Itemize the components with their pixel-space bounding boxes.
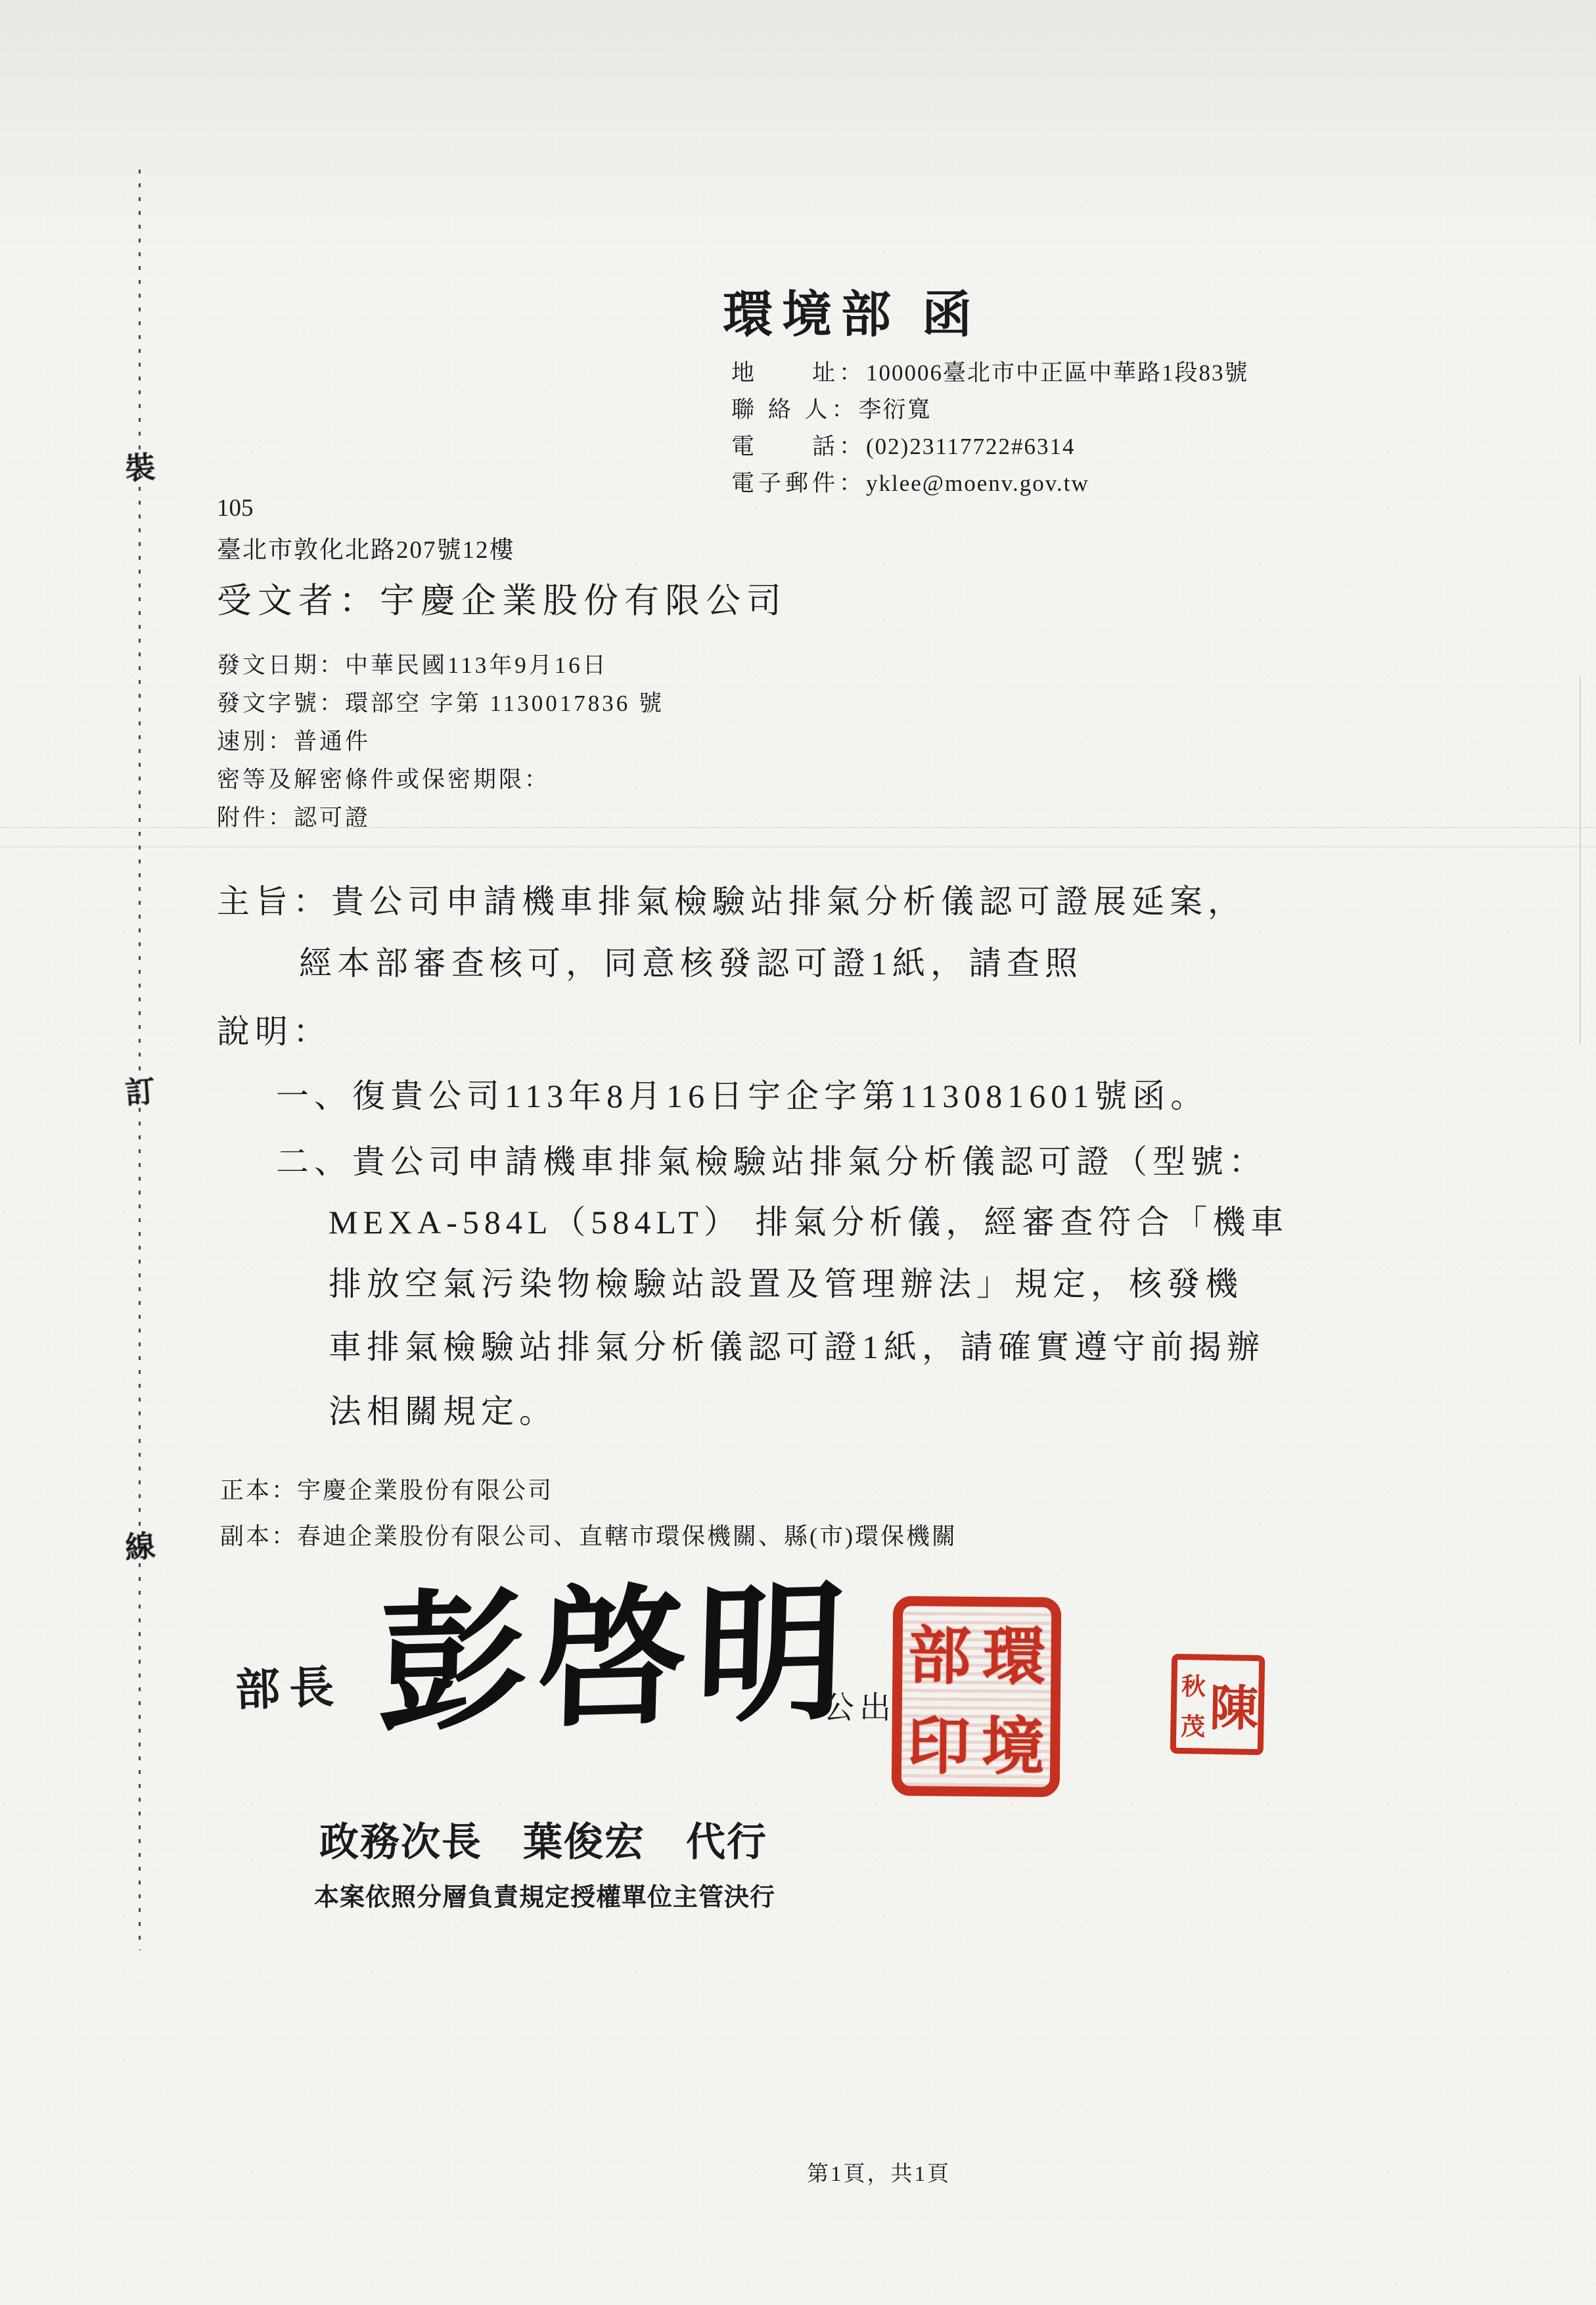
contact-person-value: 李衍寬 [859,397,932,422]
page-number-footer: 第1頁，共1頁 [807,2157,951,2187]
agency-seal-char: 印 [901,1696,976,1787]
meta-doc-number: 發文字號：環部空 字第 1130017836 號 [217,685,664,718]
binding-dotted-line [139,170,141,1950]
explanation-item-2-cont-1: MEXA-584L（584LT） 排氣分析儀，經審查符合「機車 [329,1196,1288,1243]
sender-address-label: 地 址： [731,360,866,386]
phone-value: (02)23117722#6314 [866,434,1076,459]
meta-secrecy: 密等及解密條件或保密期限： [217,762,550,794]
scan-top-shading [0,0,1596,250]
scan-edge-line [1580,677,1581,1045]
subject-line-2: 經本部審查核可，同意核發認可證1紙，請查照 [299,937,1083,984]
subject-line-1: 主旨：貴公司申請機車排氣檢驗站排氣分析儀認可證展延案， [217,875,1246,923]
explanation-item-2-cont-3: 車排氣檢驗站排氣分析儀認可證1紙，請確實遵守前揭辦 [329,1321,1265,1368]
explanation-heading: 說明： [217,1005,331,1053]
email-row: 電子郵件：yklee@moenv.gov.tw [731,465,1089,498]
meta-attachment: 附件：認可證 [217,800,371,833]
recipient-zip: 105 [217,494,254,522]
binding-char-xian: 線 [118,1522,162,1568]
scan-streak [0,846,1596,848]
personal-name-seal: 秋 茂 陳 [1170,1654,1265,1755]
contact-person-row: 聯 絡 人：李衍寬 [731,392,932,424]
binding-char-ding: 訂 [118,1067,162,1113]
sender-address-row: 地 址：100006臺北市中正區中華路1段83號 [731,355,1249,388]
agency-seal-char: 部 [902,1606,977,1697]
personal-seal-right-column: 陳 [1209,1660,1259,1749]
away-on-duty-note: 公出 [823,1682,896,1727]
personal-seal-left-column: 秋 茂 [1176,1660,1210,1748]
minister-title: 部長 [234,1651,344,1719]
copy-cc-line: 副本：春迪企業股份有限公司、直轄市環保機關、縣(市)環保機關 [220,1518,957,1551]
personal-seal-char: 陳 [1209,1670,1259,1740]
sender-address-value: 100006臺北市中正區中華路1段83號 [866,360,1249,386]
recipient-address: 臺北市敦化北路207號12樓 [217,530,515,565]
scanned-letter-page: 裝 訂 線 環境部 函 地 址：100006臺北市中正區中華路1段83號 聯 絡… [0,0,1596,2305]
personal-seal-char: 秋 [1181,1666,1206,1702]
agency-seal: 部 環 印 境 [892,1596,1062,1797]
email-label: 電子郵件： [731,470,866,496]
personal-seal-char: 茂 [1181,1706,1206,1743]
explanation-item-2-cont-4: 法相關規定。 [329,1385,557,1432]
email-value: yklee@moenv.gov.tw [866,470,1089,496]
explanation-item-2-cont-2: 排放空氣污染物檢驗站設置及管理辦法」規定，核發機 [329,1258,1243,1305]
meta-issue-date: 發文日期：中華民國113年9月16日 [217,647,608,680]
explanation-item-1: 一、復貴公司113年8月16日宇企字第113081601號函。 [276,1070,1208,1117]
deputy-minister-line: 政務次長 葉俊宏 代行 [319,1811,767,1867]
phone-label: 電 話： [731,434,866,459]
minister-signature: 彭啓明 [376,1576,857,1746]
binding-char-zhuang: 裝 [118,443,162,489]
explanation-item-2: 二、貴公司申請機車排氣檢驗站排氣分析儀認可證（型號： [276,1135,1267,1183]
agency-seal-char: 境 [976,1697,1051,1787]
phone-row: 電 話：(02)23117722#6314 [731,428,1076,461]
contact-person-label: 聯 絡 人： [731,397,859,422]
copy-original-line: 正本：宇慶企業股份有限公司 [220,1472,553,1505]
agency-seal-char: 環 [976,1607,1051,1697]
recipient-line: 受文者：宇慶企業股份有限公司 [217,573,787,623]
document-title: 環境部 函 [723,275,981,346]
meta-speed: 速別：普通件 [217,723,371,756]
authorization-note: 本案依照分層負責規定授權單位主管決行 [314,1877,775,1913]
